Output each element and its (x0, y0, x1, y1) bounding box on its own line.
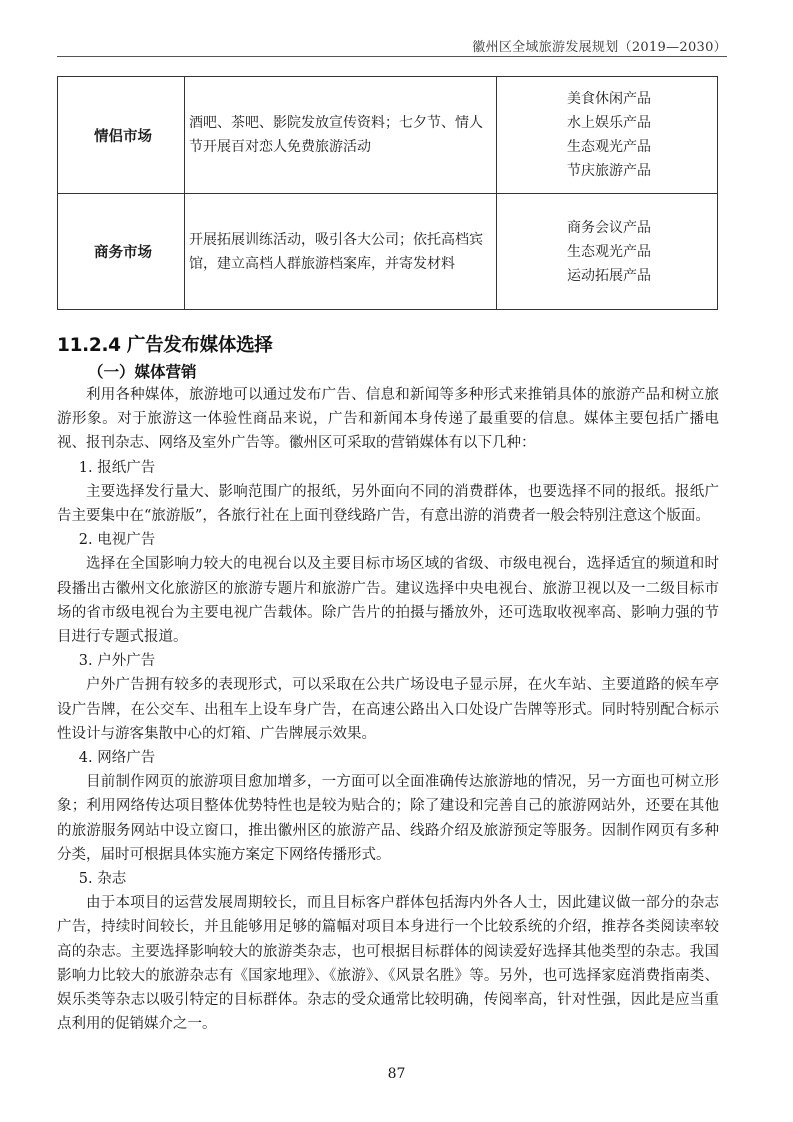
product-item: 节庆旅游产品 (501, 159, 717, 183)
paragraph: 利用各种媒体，旅游地可以通过发布广告、信息和新闻等多种形式来推销具体的旅游产品和… (57, 383, 719, 456)
product-item: 生态观光产品 (501, 240, 717, 264)
body-text: 利用各种媒体，旅游地可以通过发布广告、信息和新闻等多种形式来推销具体的旅游产品和… (57, 383, 719, 1036)
measures-cell: 开展拓展训练活动，吸引各大公司；依托高档宾馆，建立高档人群旅游档案库，并寄发材料 (185, 194, 497, 310)
product-item: 美食休闲产品 (501, 87, 717, 111)
list-heading-newspaper: 1. 报纸广告 (57, 456, 719, 480)
paragraph: 由于本项目的运营发展周期较长，而且目标客户群体包括海内外各人士，因此建议做一部分… (57, 891, 719, 1036)
list-heading-online: 4. 网络广告 (57, 746, 719, 770)
measures-cell: 酒吧、茶吧、影院发放宣传资料；七夕节、情人节开展百对恋人免费旅游活动 (185, 77, 497, 194)
list-heading-magazine: 5. 杂志 (57, 867, 719, 891)
products-cell: 商务会议产品 生态观光产品 运动拓展产品 (497, 194, 718, 310)
paragraph: 户外广告拥有较多的表现形式，可以采取在公共广场设电子显示屏，在火车站、主要道路的… (57, 673, 719, 746)
product-item: 水上娱乐产品 (501, 111, 717, 135)
product-item: 生态观光产品 (501, 135, 717, 159)
table-row: 情侣市场 酒吧、茶吧、影院发放宣传资料；七夕节、情人节开展百对恋人免费旅游活动 … (58, 77, 718, 194)
paragraph: 主要选择发行量大、影响范围广的报纸，另外面向不同的消费群体，也要选择不同的报纸。… (57, 480, 719, 528)
page-number: 87 (0, 1066, 793, 1082)
product-item: 运动拓展产品 (501, 264, 717, 288)
sub-heading: （一）媒体营销 (88, 360, 197, 382)
market-promotion-table: 情侣市场 酒吧、茶吧、影院发放宣传资料；七夕节、情人节开展百对恋人免费旅游活动 … (57, 76, 718, 310)
paragraph: 目前制作网页的旅游项目愈加增多，一方面可以全面准确传达旅游地的情况，另一方面也可… (57, 770, 719, 867)
list-heading-outdoor: 3. 户外广告 (57, 649, 719, 673)
header-rule (57, 56, 727, 57)
list-heading-tv: 2. 电视广告 (57, 528, 719, 552)
running-header: 徽州区全域旅游发展规划（2019—2030） (472, 36, 727, 55)
table-row: 商务市场 开展拓展训练活动，吸引各大公司；依托高档宾馆，建立高档人群旅游档案库，… (58, 194, 718, 310)
products-cell: 美食休闲产品 水上娱乐产品 生态观光产品 节庆旅游产品 (497, 77, 718, 194)
market-name-cell: 商务市场 (58, 194, 185, 310)
paragraph: 选择在全国影响力较大的电视台以及主要目标市场区域的省级、市级电视台，选择适宜的频… (57, 552, 719, 649)
product-item: 商务会议产品 (501, 216, 717, 240)
market-name-cell: 情侣市场 (58, 77, 185, 194)
section-heading: 11.2.4 广告发布媒体选择 (57, 331, 273, 357)
